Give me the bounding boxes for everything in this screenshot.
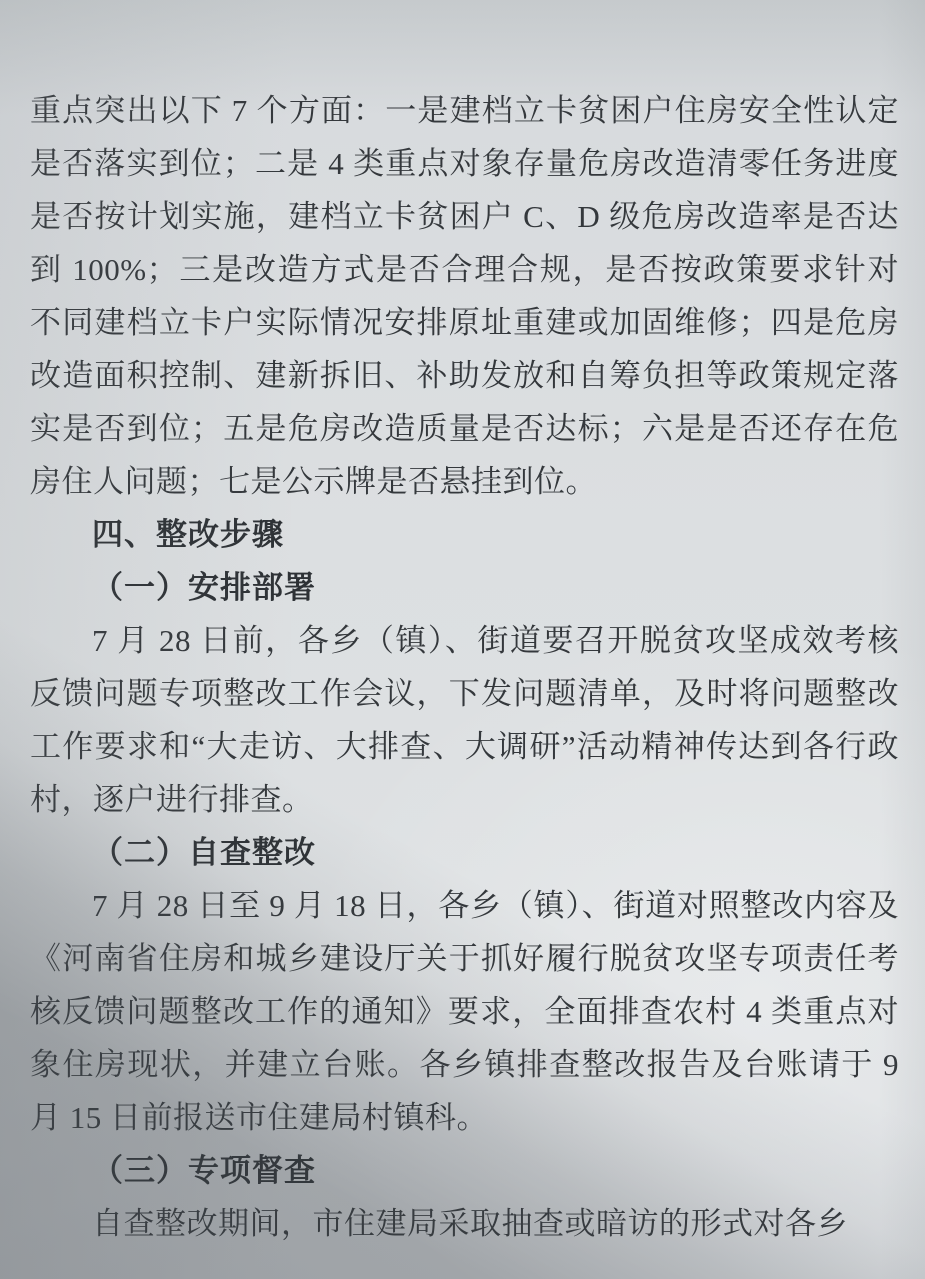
subsection-3-body: 自查整改期间，市住建局采取抽查或暗访的形式对各乡 <box>30 1197 899 1250</box>
subsection-1-body: 7 月 28 日前，各乡（镇）、街道要召开脱贫攻坚成效考核反馈问题专项整改工作会… <box>30 614 899 826</box>
document-page: 重点突出以下 7 个方面：一是建档立卡贫困户住房安全性认定是否落实到位；二是 4… <box>30 84 899 1250</box>
subsection-2-heading: （二）自查整改 <box>30 826 899 879</box>
subsection-3-heading: （三）专项督查 <box>30 1144 899 1197</box>
paragraph-continuation: 重点突出以下 7 个方面：一是建档立卡贫困户住房安全性认定是否落实到位；二是 4… <box>30 84 899 508</box>
subsection-1-heading: （一）安排部署 <box>30 561 899 614</box>
section-heading: 四、整改步骤 <box>30 508 899 561</box>
document-photo: 重点突出以下 7 个方面：一是建档立卡贫困户住房安全性认定是否落实到位；二是 4… <box>0 0 925 1279</box>
subsection-2-body: 7 月 28 日至 9 月 18 日，各乡（镇）、街道对照整改内容及《河南省住房… <box>30 879 899 1144</box>
